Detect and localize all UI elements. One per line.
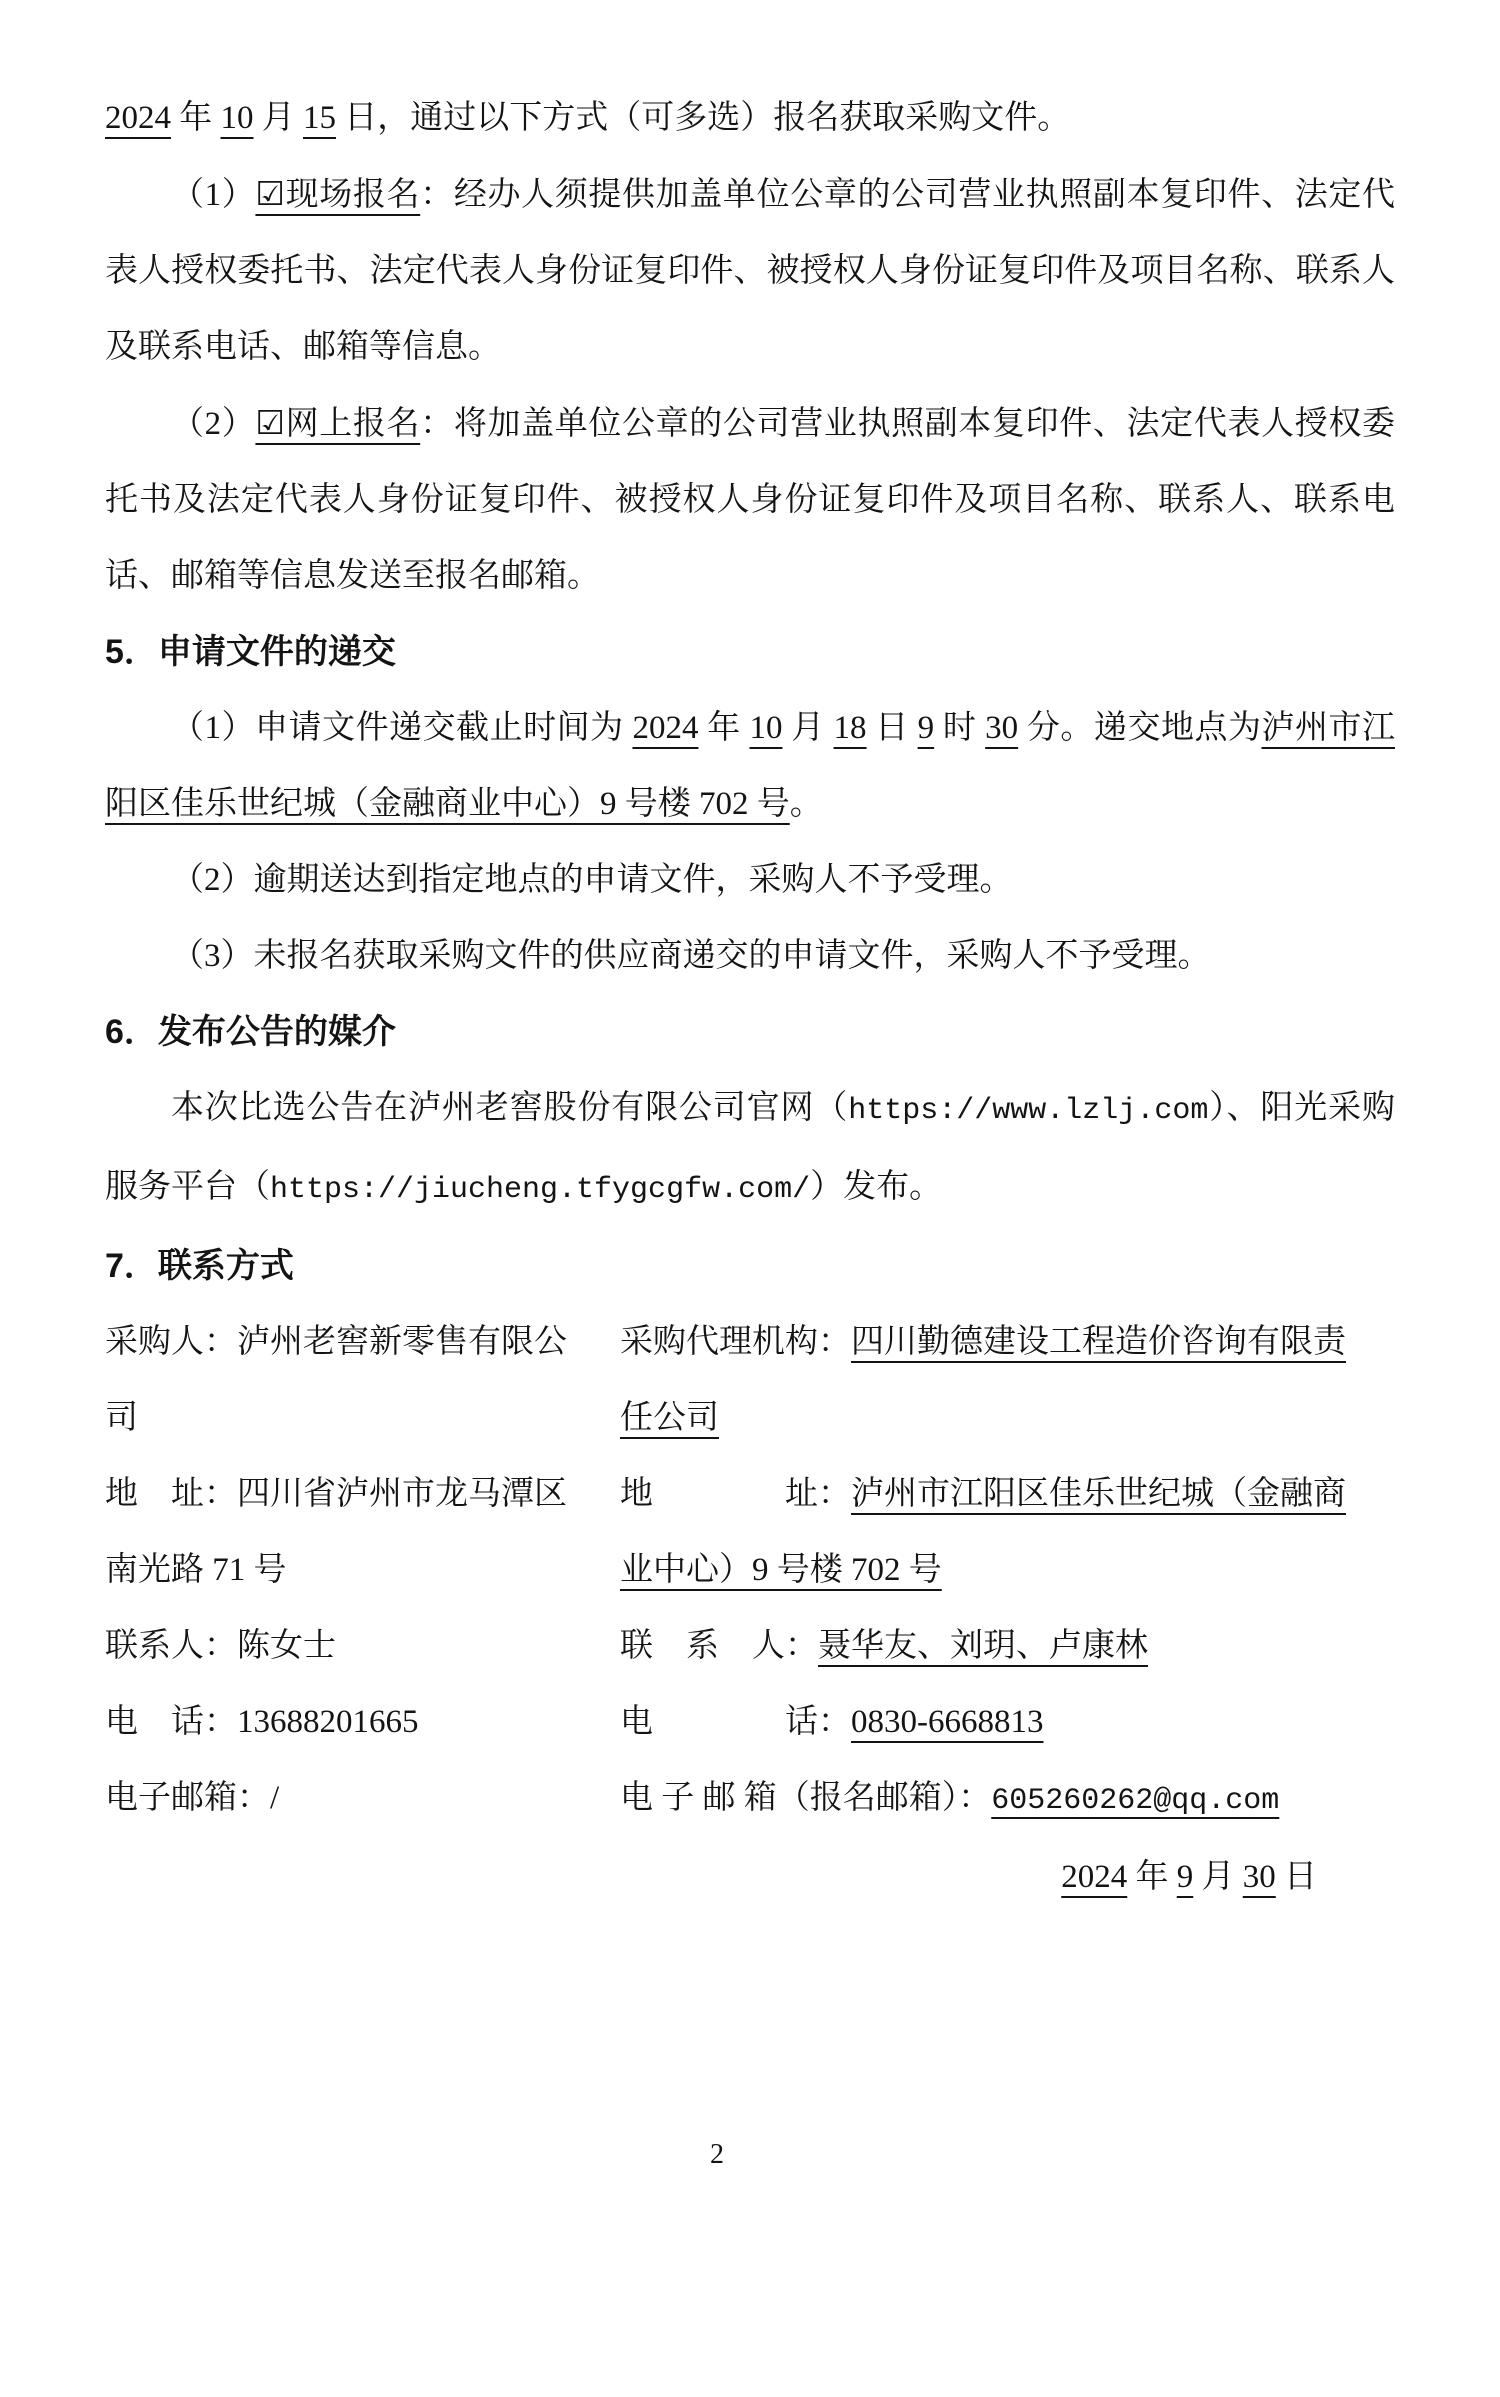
purchaser-address-row: 地 址：四川省泸州市龙马潭区南光路 71 号 [105,1456,575,1608]
document-page: 2024 年 10 月 15 日，通过以下方式（可多选）报名获取采购文件。（1）… [0,0,1500,2397]
text-segment: 2024 [632,710,698,746]
contact-table: 采购人：泸州老窖新零售有限公司采购代理机构：四川勤德建设工程造价咨询有限责任公司… [105,1304,1395,1839]
text-segment: （1）申请文件递交截止时间为 [171,710,632,746]
text-segment: （1） [171,177,255,213]
text-segment: https://www.lzlj.com [848,1094,1208,1128]
unregistered-supplier-paragraph: （3）未报名获取采购文件的供应商递交的申请文件，采购人不予受理。 [105,918,1395,994]
online-registration-paragraph: （2）☑网上报名：将加盖单位公章的公司营业执照副本复印件、法定代表人授权委托书及… [105,385,1395,614]
contact-value: 陈女士 [237,1628,336,1664]
agency-address-row: 地 址：泸州市江阳区佳乐世纪城（金融商业中心）9 号楼 702 号 [620,1456,1365,1608]
text-segment: https://jiucheng.tfygcgfw.com/ [270,1173,810,1207]
contact-label: 联 系 人： [620,1628,818,1664]
text-segment: 9 [918,710,935,746]
text-segment: 。 [790,786,823,822]
text-segment: 现场报名 [285,177,420,213]
contact-value: 13688201665 [237,1704,419,1740]
contact-label: 电 话： [620,1704,851,1740]
contact-label: 采购代理机构： [620,1324,851,1360]
checkbox-checked-icon: ☑ [255,403,285,442]
contact-value: 605260262@qq.com [991,1784,1279,1818]
agency-phone-row: 电 话：0830-6668813 [620,1684,1365,1760]
section-5-heading: 5．申请文件的递交 [105,614,1395,690]
contact-label: 电 话： [105,1704,237,1740]
text-segment: 9 [1177,1859,1194,1895]
purchaser-contact-row: 联系人：陈女士 [105,1608,575,1684]
text-segment: 15 [303,100,336,136]
text-segment: 日 [867,710,918,746]
text-segment: （2） [171,406,255,442]
purchaser-phone-row: 电 话：13688201665 [105,1684,575,1760]
section-7-heading: 7．联系方式 [105,1228,1395,1304]
late-submission-paragraph: （2）逾期送达到指定地点的申请文件，采购人不予受理。 [105,842,1395,918]
purchaser-email-row: 电子邮箱：/ [105,1760,575,1836]
text-segment: 30 [985,710,1018,746]
announcement-media-paragraph: 本次比选公告在泸州老窖股份有限公司官网（https://www.lzlj.com… [105,1070,1395,1228]
contact-label: 采购人： [105,1324,237,1360]
text-segment: （2）逾期送达到指定地点的申请文件，采购人不予受理。 [171,862,1013,898]
text-segment: 本次比选公告在泸州老窖股份有限公司官网（ [171,1090,848,1126]
contact-label: 地 址： [105,1476,237,1512]
contact-label: 地 址： [620,1476,851,1512]
text-segment: 年 [698,710,749,746]
document-date: 2024 年 9 月 30 日 [105,1839,1395,1915]
text-segment: 10 [221,100,254,136]
text-segment: 10 [750,710,783,746]
text-segment: 月 [254,100,304,136]
page-number: 2 [0,2138,1434,2172]
text-segment: 日 [1276,1859,1317,1895]
document-body: 2024 年 10 月 15 日，通过以下方式（可多选）报名获取采购文件。（1）… [105,80,1395,1304]
text-segment: ）发布。 [810,1169,942,1205]
submission-deadline-paragraph: （1）申请文件递交截止时间为 2024 年 10 月 18 日 9 时 30 分… [105,690,1395,842]
purchaser-name-row: 采购人：泸州老窖新零售有限公司 [105,1304,575,1456]
agency-name-row: 采购代理机构：四川勤德建设工程造价咨询有限责任公司 [620,1304,1365,1456]
deadline-continuation-paragraph: 2024 年 10 月 15 日，通过以下方式（可多选）报名获取采购文件。 [105,80,1395,156]
contact-label: 电子邮箱： [105,1780,270,1816]
text-segment: 分。递交地点为 [1018,710,1261,746]
contact-label: 电 子 邮 箱（报名邮箱）： [620,1780,991,1816]
text-segment: 2024 [105,100,171,136]
agency-email-row: 电 子 邮 箱（报名邮箱）：605260262@qq.com [620,1760,1365,1839]
onsite-registration-paragraph: （1）☑现场报名：经办人须提供加盖单位公章的公司营业执照副本复印件、法定代表人授… [105,156,1395,385]
checkbox-checked-icon: ☑ [255,174,285,213]
text-segment: 30 [1243,1859,1276,1895]
contact-value: 0830-6668813 [851,1704,1044,1740]
text-segment: 时 [934,710,985,746]
text-segment: 网上报名 [285,406,420,442]
text-segment: 月 [1193,1859,1243,1895]
contact-value: / [270,1780,279,1816]
text-segment: 年 [171,100,221,136]
text-segment: 年 [1127,1859,1177,1895]
text-segment: 日，通过以下方式（可多选）报名获取采购文件。 [336,100,1070,136]
agency-contact-row: 联 系 人：聂华友、刘玥、卢康林 [620,1608,1365,1684]
text-segment: 18 [834,710,867,746]
section-6-heading: 6．发布公告的媒介 [105,994,1395,1070]
text-segment: 月 [783,710,834,746]
text-segment: 2024 [1061,1859,1127,1895]
contact-value: 聂华友、刘玥、卢康林 [818,1628,1148,1664]
contact-label: 联系人： [105,1628,237,1664]
text-segment: （3）未报名获取采购文件的供应商递交的申请文件，采购人不予受理。 [171,938,1211,974]
